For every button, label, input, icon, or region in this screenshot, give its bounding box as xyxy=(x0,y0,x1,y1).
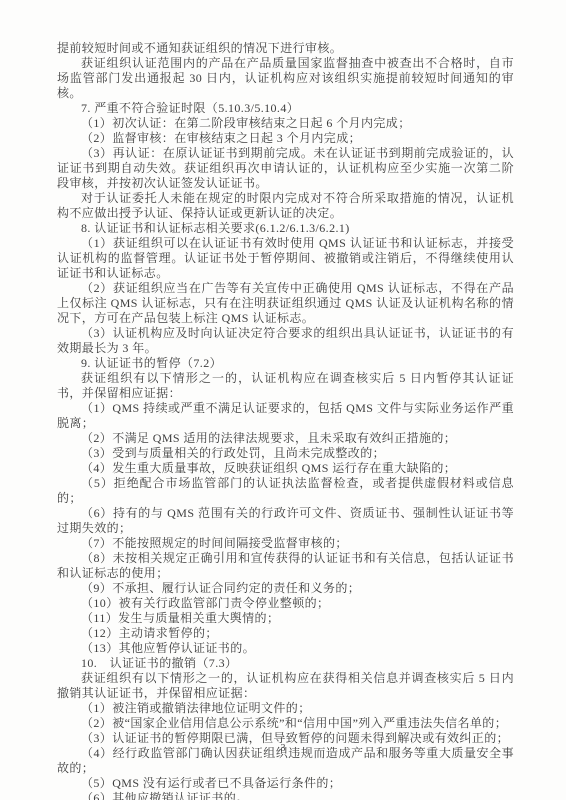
paragraph: 获证组织有以下情形之一的，认证机构应在获得相关信息并调查核实后 5 日内撤销其认… xyxy=(57,671,514,701)
paragraph: （3）再认证：在原认证证书到期前完成。未在认证证书到期前完成验证的，认证证书到期… xyxy=(57,146,514,191)
paragraph: （1）QMS 持续或严重不满足认证要求的，包括 QMS 文件与实际业务运作严重脱… xyxy=(57,401,514,431)
document-page: 提前较短时间或不通知获证组织的情况下进行审核。获证组织认证范围内的产品在产品质量… xyxy=(0,0,566,800)
paragraph: 对于认证委托人未能在规定的时限内完成对不符合所采取措施的情况，认证机构不应做出授… xyxy=(57,191,514,221)
paragraph: （12）主动请求暂停的； xyxy=(57,626,514,641)
paragraph: （2）被“国家企业信用信息公示系统”和“信用中国”列入严重违法失信名单的； xyxy=(57,716,514,731)
paragraph: （2）监督审核：在审核结束之日起 3 个月内完成； xyxy=(57,131,514,146)
paragraph: （7）不能按照规定的时间间隔接受监督审核的； xyxy=(57,536,514,551)
paragraph: （3）认证机构应及时向认证决定符合要求的组织出具认证证书，认证证书的有效期最长为… xyxy=(57,326,514,356)
paragraph: （11）发生与质量相关重大舆情的； xyxy=(57,611,514,626)
paragraph: （10）被有关行政监管部门责令停业整顿的； xyxy=(57,596,514,611)
paragraph: （6）其他应撤销认证证书的。 xyxy=(57,791,514,800)
paragraph: 获证组织有以下情形之一的，认证机构应在调查核实后 5 日内暂停其认证证书，并保留… xyxy=(57,371,514,401)
paragraph: （1）被注销或撤销法律地位证明文件的； xyxy=(57,701,514,716)
section-heading: 8. 认证证书和认证标志相关要求(6.1.2/6.1.3/6.2.1) xyxy=(57,221,514,236)
paragraph: （9）不承担、履行认证合同约定的责任和义务的； xyxy=(57,581,514,596)
page-number: 3 xyxy=(0,741,566,756)
paragraph: （8）未按相关规定正确引用和宣传获得的认证证书和有关信息，包括认证证书和认证标志… xyxy=(57,551,514,581)
paragraph: （5）QMS 没有运行或者已不具备运行条件的； xyxy=(57,776,514,791)
paragraph: （2）获证组织应当在广告等有关宣传中正确使用 QMS 认证标志，不得在产品上仅标… xyxy=(57,281,514,326)
paragraph: （3）受到与质量相关的行政处罚，且尚未完成整改的； xyxy=(57,446,514,461)
section-heading: 10. 认证证书的撤销（7.3） xyxy=(57,656,514,671)
paragraph: （5）拒绝配合市场监管部门的认证执法监督检查，或者提供虚假材料或信息的； xyxy=(57,476,514,506)
paragraph: （6）持有的与 QMS 范围有关的行政许可文件、资质证书、强制性认证证书等过期失… xyxy=(57,506,514,536)
paragraph: （4）发生重大质量事故，反映获证组织 QMS 运行存在重大缺陷的； xyxy=(57,461,514,476)
paragraph: （1）初次认证：在第二阶段审核结束之日起 6 个月内完成； xyxy=(57,116,514,131)
paragraph: （1）获证组织可以在认证证书有效时使用 QMS 认证证书和认证标志，并接受认证机… xyxy=(57,236,514,281)
section-heading: 9. 认证证书的暂停（7.2） xyxy=(57,356,514,371)
paragraph: 获证组织认证范围内的产品在产品质量国家监督抽查中被查出不合格时，自市场监管部门发… xyxy=(57,56,514,101)
section-heading: 7. 严重不符合验证时限（5.10.3/5.10.4） xyxy=(57,101,514,116)
paragraph: （2）不满足 QMS 适用的法律法规要求，且未采取有效纠正措施的； xyxy=(57,431,514,446)
paragraph: （13）其他应暂停认证证书的。 xyxy=(57,641,514,656)
paragraph: 提前较短时间或不通知获证组织的情况下进行审核。 xyxy=(57,41,514,56)
document-body: 提前较短时间或不通知获证组织的情况下进行审核。获证组织认证范围内的产品在产品质量… xyxy=(57,41,514,800)
